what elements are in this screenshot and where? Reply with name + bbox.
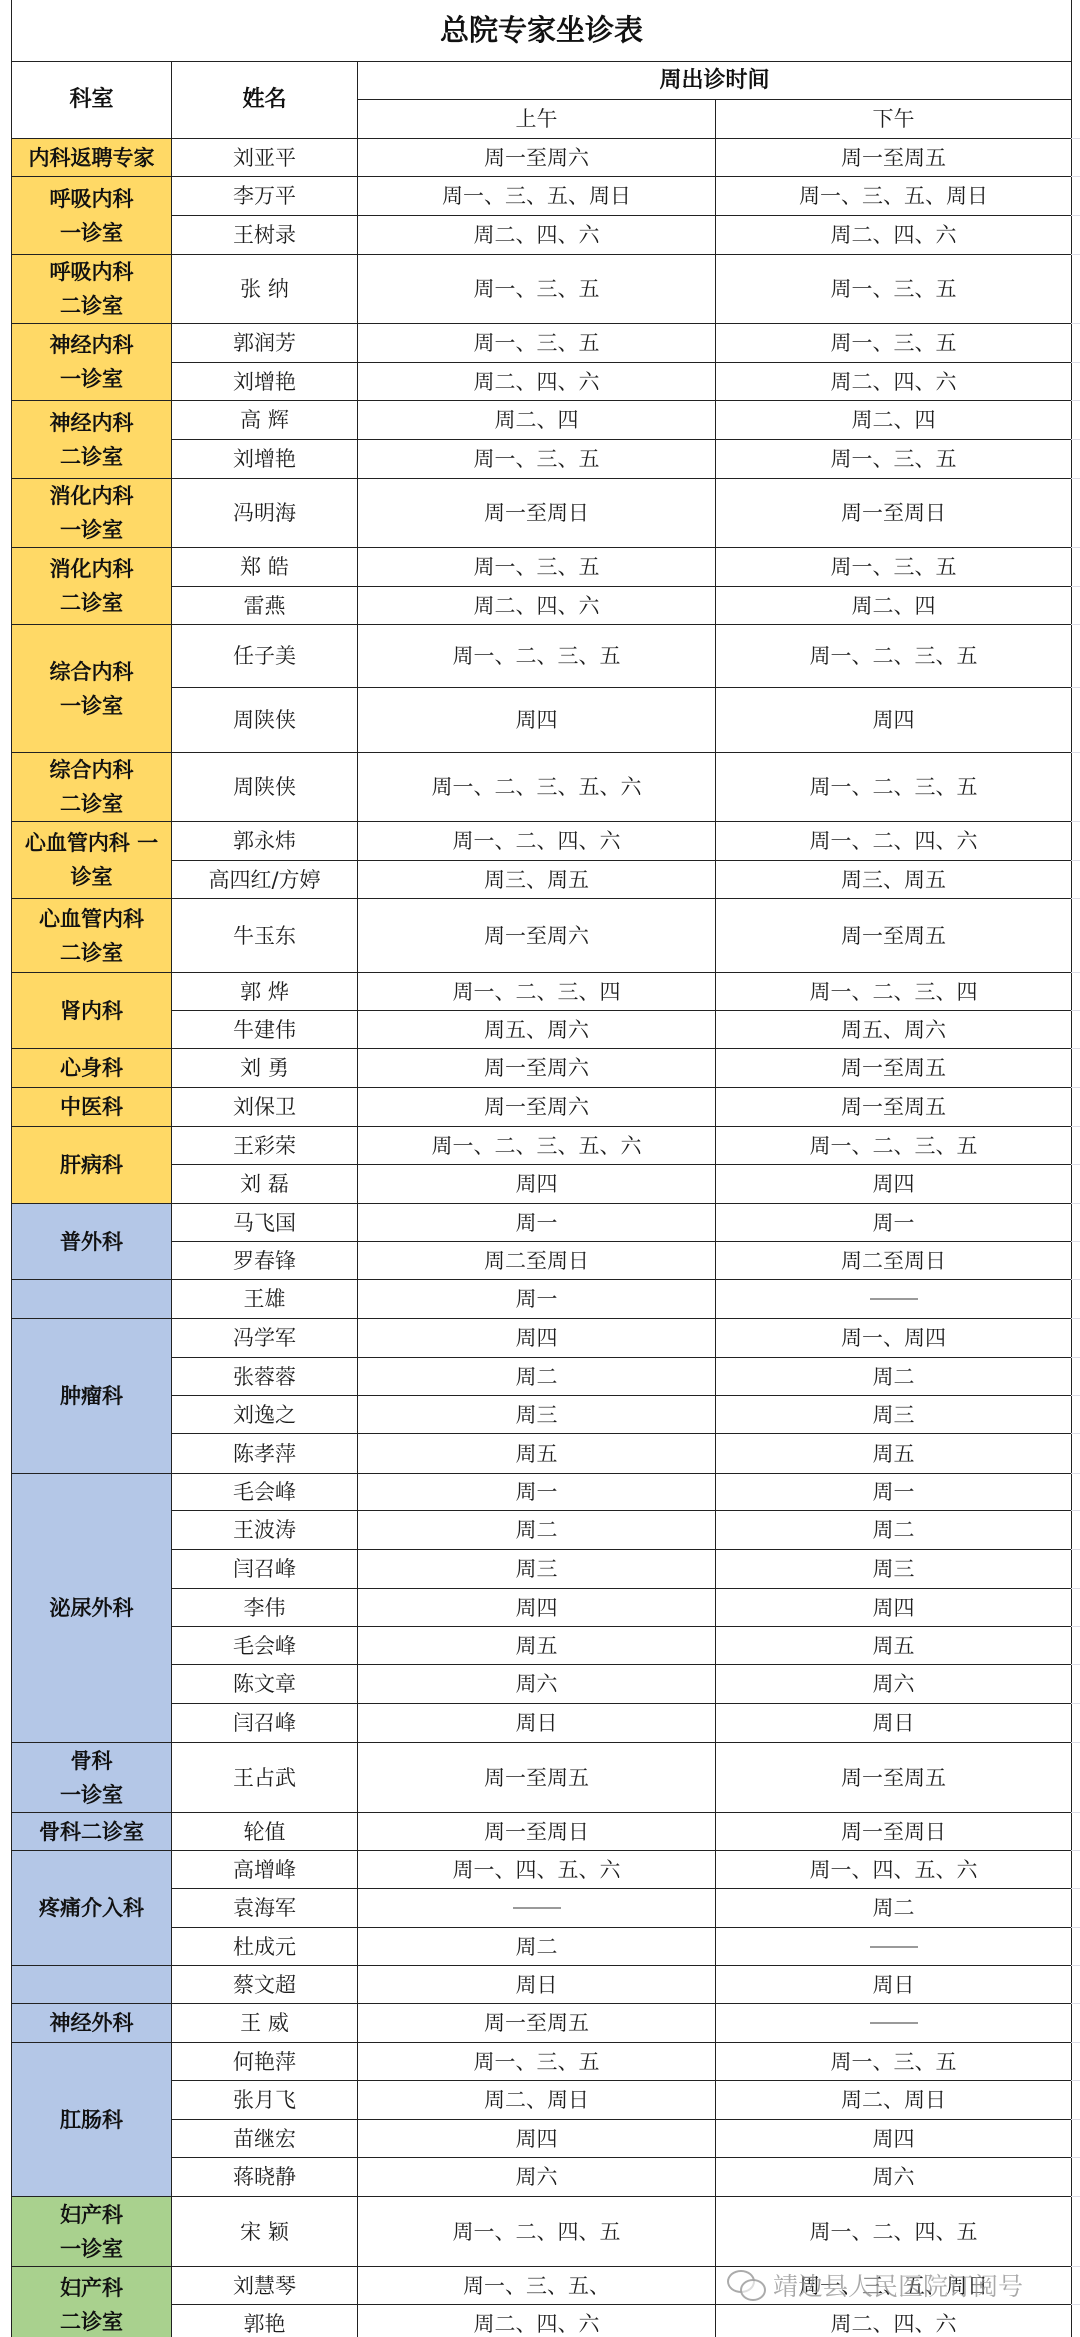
morning-schedule: 周二、四 — [357, 400, 716, 440]
afternoon-schedule: 周二 — [715, 1357, 1072, 1396]
grid-edge-line — [1071, 176, 1080, 177]
grid-edge-line — [1071, 1164, 1080, 1165]
morning-schedule: 周四 — [357, 687, 716, 753]
department-cell: 神经外科 — [11, 2003, 172, 2043]
afternoon-schedule: 周一至周日 — [715, 478, 1072, 548]
morning-schedule: 周四 — [357, 1588, 716, 1627]
morning-schedule: 周二、周日 — [357, 2080, 716, 2120]
department-cell — [11, 1279, 172, 1319]
no-clinic-dash — [870, 2022, 918, 2024]
afternoon-schedule: 周一至周五 — [715, 1087, 1072, 1127]
schedule-table: 总院专家坐诊表 科室 姓名 周出诊时间 上午 下午 内科返聘专家呼吸内科 一诊室… — [0, 0, 1080, 2337]
grid-edge-line — [1071, 1927, 1080, 1928]
grid-edge-line — [1071, 1241, 1080, 1242]
doctor-name: 陈孝萍 — [171, 1433, 358, 1474]
grid-edge-line — [1071, 138, 1080, 139]
afternoon-schedule: 周一、周四 — [715, 1318, 1072, 1358]
afternoon-schedule: 周一、四、五、六 — [715, 1850, 1072, 1889]
morning-schedule: 周二至周日 — [357, 1241, 716, 1280]
afternoon-schedule: 周四 — [715, 687, 1072, 753]
morning-schedule: 周四 — [357, 1164, 716, 1204]
department-cell: 泌尿外科 — [11, 1473, 172, 1743]
grid-edge-line — [1071, 2119, 1080, 2120]
grid-edge-line — [1071, 1433, 1080, 1434]
grid-edge-line — [1071, 1087, 1080, 1088]
grid-edge-line — [1071, 215, 1080, 216]
afternoon-schedule: 周一、二、三、五 — [715, 1126, 1072, 1165]
department-cell: 神经内科 一诊室 — [11, 323, 172, 401]
header-name: 姓名 — [171, 61, 358, 139]
morning-schedule: 周五 — [357, 1626, 716, 1665]
department-cell: 呼吸内科 二诊室 — [11, 254, 172, 324]
afternoon-schedule: 周五 — [715, 1433, 1072, 1474]
morning-schedule: 周一、三、五 — [357, 2042, 716, 2081]
doctor-name: 毛会峰 — [171, 1473, 358, 1511]
department-cell: 消化内科 二诊室 — [11, 547, 172, 625]
doctor-name: 王树录 — [171, 215, 358, 255]
grid-edge-line — [1071, 624, 1080, 625]
morning-schedule: 周二、四、六 — [357, 2304, 716, 2337]
afternoon-schedule: 周一、二、四、六 — [715, 821, 1072, 861]
morning-schedule: 周一、二、四、六 — [357, 821, 716, 861]
grid-edge-line — [1071, 860, 1080, 861]
grid-edge-line — [1071, 1888, 1080, 1889]
morning-schedule: 周一 — [357, 1279, 716, 1319]
morning-schedule: 周一、三、五 — [357, 323, 716, 363]
morning-schedule: 周一 — [357, 1203, 716, 1242]
grid-edge-line — [1071, 2080, 1080, 2081]
department-cell: 肛肠科 — [11, 2042, 172, 2197]
department-cell: 肝病科 — [11, 1126, 172, 1204]
afternoon-schedule: 周一、三、五、周日 — [715, 176, 1072, 216]
header-morning: 上午 — [357, 99, 716, 139]
doctor-name: 周陕侠 — [171, 752, 358, 822]
morning-schedule: 周一、二、三、四 — [357, 972, 716, 1011]
morning-schedule: 周二、四、六 — [357, 362, 716, 401]
morning-schedule: 周五、周六 — [357, 1010, 716, 1049]
doctor-name: 张 纳 — [171, 254, 358, 324]
doctor-name: 周陕侠 — [171, 687, 358, 753]
grid-edge-line — [1071, 2266, 1080, 2267]
grid-edge-line — [1071, 1203, 1080, 1204]
grid-edge-line — [1071, 439, 1080, 440]
afternoon-schedule: 周一、三、五 — [715, 254, 1072, 324]
morning-schedule: 周六 — [357, 1664, 716, 1704]
department-cell: 心血管内科 一 诊室 — [11, 821, 172, 899]
grid-edge-line — [1071, 1965, 1080, 1966]
grid-edge-line — [1071, 752, 1080, 753]
doctor-name: 罗春锋 — [171, 1241, 358, 1280]
grid-edge-line — [1071, 1549, 1080, 1550]
afternoon-schedule — [715, 1927, 1072, 1966]
morning-schedule: 周一、二、三、五、六 — [357, 752, 716, 822]
grid-edge-line — [1071, 972, 1080, 973]
morning-schedule: 周一、三、五、 — [357, 2266, 716, 2305]
header-department: 科室 — [11, 61, 172, 139]
doctor-name: 冯学军 — [171, 1318, 358, 1358]
no-clinic-dash — [513, 1907, 561, 1909]
morning-schedule: 周日 — [357, 1965, 716, 2004]
morning-schedule: 周四 — [357, 1318, 716, 1358]
department-cell: 肾内科 — [11, 972, 172, 1049]
doctor-name: 牛建伟 — [171, 1010, 358, 1049]
afternoon-schedule: 周二 — [715, 1510, 1072, 1550]
doctor-name: 高增峰 — [171, 1850, 358, 1889]
morning-schedule: 周三 — [357, 1549, 716, 1589]
grid-edge-line — [1071, 362, 1080, 363]
doctor-name: 张蓉蓉 — [171, 1357, 358, 1396]
doctor-name: 雷燕 — [171, 586, 358, 625]
morning-schedule: 周一、三、五 — [357, 547, 716, 587]
doctor-name: 李伟 — [171, 1588, 358, 1627]
header-weekly-schedule: 周出诊时间 — [357, 61, 1072, 100]
morning-schedule: 周一至周六 — [357, 1087, 716, 1127]
department-cell: 疼痛介入科 — [11, 1850, 172, 1966]
doctor-name: 郭艳 — [171, 2304, 358, 2337]
doctor-name: 郭 烨 — [171, 972, 358, 1011]
afternoon-schedule: 周一 — [715, 1473, 1072, 1511]
morning-schedule: 周三、周五 — [357, 860, 716, 899]
afternoon-schedule: 周四 — [715, 1588, 1072, 1627]
department-cell: 内科返聘专家 — [11, 138, 172, 177]
afternoon-schedule: 周四 — [715, 2119, 1072, 2158]
department-cell: 综合内科 一诊室 — [11, 624, 172, 753]
grid-edge-line — [1071, 821, 1080, 822]
doctor-name: 马飞国 — [171, 1203, 358, 1242]
department-cell — [11, 1965, 172, 2004]
morning-schedule: 周一至周六 — [357, 138, 716, 177]
afternoon-schedule: 周一、二、三、五 — [715, 624, 1072, 688]
doctor-name: 闫召峰 — [171, 1549, 358, 1589]
afternoon-schedule: 周五、周六 — [715, 1010, 1072, 1049]
morning-schedule: 周一、三、五、周日 — [357, 176, 716, 216]
grid-edge-line — [1071, 1626, 1080, 1627]
afternoon-schedule: 周一 — [715, 1203, 1072, 1242]
afternoon-schedule: 周三 — [715, 1395, 1072, 1434]
doctor-name: 王彩荣 — [171, 1126, 358, 1165]
morning-schedule: 周六 — [357, 2157, 716, 2197]
morning-schedule: 周三 — [357, 1395, 716, 1434]
grid-edge-line — [1071, 547, 1080, 548]
morning-schedule — [357, 1888, 716, 1928]
morning-schedule: 周二 — [357, 1510, 716, 1550]
grid-edge-line — [1071, 1510, 1080, 1511]
grid-edge-line — [1071, 1664, 1080, 1665]
morning-schedule: 周二 — [357, 1357, 716, 1396]
afternoon-schedule: 周一至周日 — [715, 1812, 1072, 1851]
grid-edge-line — [1071, 1473, 1080, 1474]
afternoon-schedule: 周日 — [715, 1703, 1072, 1743]
afternoon-schedule: 周日 — [715, 1965, 1072, 2004]
doctor-name: 刘慧琴 — [171, 2266, 358, 2305]
afternoon-schedule: 周二、四、六 — [715, 215, 1072, 255]
morning-schedule: 周一至周五 — [357, 2003, 716, 2043]
header-afternoon: 下午 — [715, 99, 1072, 139]
grid-edge-line — [1071, 1048, 1080, 1049]
doctor-name: 轮值 — [171, 1812, 358, 1851]
grid-edge-line — [1071, 400, 1080, 401]
afternoon-schedule: 周一、二、四、五 — [715, 2196, 1072, 2267]
department-cell: 肿瘤科 — [11, 1318, 172, 1474]
department-cell: 骨科二诊室 — [11, 1812, 172, 1851]
department-cell: 神经内科 二诊室 — [11, 400, 172, 479]
doctor-name: 袁海军 — [171, 1888, 358, 1928]
doctor-name: 刘增艳 — [171, 362, 358, 401]
doctor-name: 高四红/方婷 — [171, 860, 358, 899]
department-cell: 心身科 — [11, 1048, 172, 1088]
afternoon-schedule: 周二、周日 — [715, 2080, 1072, 2120]
department-cell: 中医科 — [11, 1087, 172, 1127]
table-title: 总院专家坐诊表 — [11, 0, 1072, 62]
afternoon-schedule: 周一至周五 — [715, 138, 1072, 177]
grid-edge-line — [1071, 1126, 1080, 1127]
doctor-name: 刘保卫 — [171, 1087, 358, 1127]
department-cell: 心血管内科 二诊室 — [11, 898, 172, 973]
afternoon-schedule: 周三 — [715, 1549, 1072, 1589]
morning-schedule: 周一至周六 — [357, 898, 716, 973]
doctor-name: 郭永炜 — [171, 821, 358, 861]
afternoon-schedule: 周二 — [715, 1888, 1072, 1928]
department-cell: 消化内科 一诊室 — [11, 478, 172, 548]
morning-schedule: 周日 — [357, 1703, 716, 1743]
grid-edge-line — [1071, 1010, 1080, 1011]
grid-edge-line — [1071, 323, 1080, 324]
doctor-name: 冯明海 — [171, 478, 358, 548]
grid-edge-line — [1071, 478, 1080, 479]
doctor-name: 陈文章 — [171, 1664, 358, 1704]
morning-schedule: 周一、二、三、五 — [357, 624, 716, 688]
afternoon-schedule: 周六 — [715, 2157, 1072, 2197]
doctor-name: 刘逸之 — [171, 1395, 358, 1434]
department-cell: 综合内科 二诊室 — [11, 752, 172, 822]
grid-edge-line — [1071, 2304, 1080, 2305]
morning-schedule: 周二 — [357, 1927, 716, 1966]
doctor-name: 牛玉东 — [171, 898, 358, 973]
afternoon-schedule: 周二至周日 — [715, 1241, 1072, 1280]
afternoon-schedule: 周五 — [715, 1626, 1072, 1665]
afternoon-schedule: 周一至周五 — [715, 1742, 1072, 1813]
grid-edge-line — [1071, 898, 1080, 899]
afternoon-schedule: 周三、周五 — [715, 860, 1072, 899]
grid-edge-line — [1071, 586, 1080, 587]
morning-schedule: 周一至周日 — [357, 1812, 716, 1851]
grid-edge-line — [1071, 2042, 1080, 2043]
department-cell: 妇产科 二诊室 — [11, 2266, 172, 2337]
afternoon-schedule: 周二、四、六 — [715, 2304, 1072, 2337]
doctor-name: 刘 勇 — [171, 1048, 358, 1088]
grid-edge-line — [1071, 2157, 1080, 2158]
doctor-name: 王占武 — [171, 1742, 358, 1813]
grid-edge-line — [1071, 1279, 1080, 1280]
afternoon-schedule: 周一、三、五 — [715, 323, 1072, 363]
doctor-name: 杜成元 — [171, 1927, 358, 1966]
department-cell: 骨科 一诊室 — [11, 1742, 172, 1813]
morning-schedule: 周二、四、六 — [357, 215, 716, 255]
doctor-name: 蔡文超 — [171, 1965, 358, 2004]
doctor-name: 蒋晓静 — [171, 2157, 358, 2197]
afternoon-schedule: 周六 — [715, 1664, 1072, 1704]
morning-schedule: 周一、二、四、五 — [357, 2196, 716, 2267]
doctor-name: 刘亚平 — [171, 138, 358, 177]
afternoon-schedule: 周一、三、五 — [715, 439, 1072, 479]
doctor-name: 闫召峰 — [171, 1703, 358, 1743]
grid-edge-line — [1071, 1703, 1080, 1704]
afternoon-schedule: 周一、三、五 — [715, 547, 1072, 587]
afternoon-schedule: 周一、二、三、四 — [715, 972, 1072, 1011]
doctor-name: 刘增艳 — [171, 439, 358, 479]
grid-edge-line — [1071, 687, 1080, 688]
afternoon-schedule — [715, 2003, 1072, 2043]
morning-schedule: 周一、三、五 — [357, 254, 716, 324]
grid-edge-line — [1071, 1812, 1080, 1813]
afternoon-schedule — [715, 1279, 1072, 1319]
grid-edge-line — [1071, 1742, 1080, 1743]
grid-edge-line — [1071, 1395, 1080, 1396]
afternoon-schedule: 周一、二、三、五 — [715, 752, 1072, 822]
grid-edge-line — [1071, 1357, 1080, 1358]
grid-edge-line — [1071, 1850, 1080, 1851]
doctor-name: 张月飞 — [171, 2080, 358, 2120]
afternoon-schedule: 周二、四 — [715, 400, 1072, 440]
doctor-name: 王雄 — [171, 1279, 358, 1319]
grid-edge-line — [1071, 2003, 1080, 2004]
department-cell: 普外科 — [11, 1203, 172, 1280]
afternoon-schedule: 周二、四、六 — [715, 362, 1072, 401]
morning-schedule: 周二、四、六 — [357, 586, 716, 625]
doctor-name: 李万平 — [171, 176, 358, 216]
doctor-name: 宋 颖 — [171, 2196, 358, 2267]
doctor-name: 王波涛 — [171, 1510, 358, 1550]
afternoon-schedule: 周一至周五 — [715, 1048, 1072, 1088]
doctor-name: 郑 皓 — [171, 547, 358, 587]
morning-schedule: 周一至周日 — [357, 478, 716, 548]
doctor-name: 郭润芳 — [171, 323, 358, 363]
department-cell: 呼吸内科 一诊室 — [11, 176, 172, 255]
grid-edge-line — [1071, 1588, 1080, 1589]
grid-edge-line — [1071, 1318, 1080, 1319]
morning-schedule: 周一、四、五、六 — [357, 1850, 716, 1889]
doctor-name: 毛会峰 — [171, 1626, 358, 1665]
doctor-name: 何艳萍 — [171, 2042, 358, 2081]
doctor-name: 任子美 — [171, 624, 358, 688]
doctor-name: 王 威 — [171, 2003, 358, 2043]
grid-edge-line — [1071, 254, 1080, 255]
no-clinic-dash — [870, 1298, 918, 1300]
morning-schedule: 周一、三、五 — [357, 439, 716, 479]
afternoon-schedule: 周二、四 — [715, 586, 1072, 625]
no-clinic-dash — [870, 1946, 918, 1948]
department-cell: 妇产科 一诊室 — [11, 2196, 172, 2267]
afternoon-schedule: 周一、三、五、周日 — [715, 2266, 1072, 2305]
morning-schedule: 周五 — [357, 1433, 716, 1474]
doctor-name: 高 辉 — [171, 400, 358, 440]
morning-schedule: 周一、二、三、五、六 — [357, 1126, 716, 1165]
morning-schedule: 周一至周五 — [357, 1742, 716, 1813]
morning-schedule: 周四 — [357, 2119, 716, 2158]
grid-edge-line — [1071, 2196, 1080, 2197]
morning-schedule: 周一 — [357, 1473, 716, 1511]
doctor-name: 刘 磊 — [171, 1164, 358, 1204]
afternoon-schedule: 周四 — [715, 1164, 1072, 1204]
afternoon-schedule: 周一至周五 — [715, 898, 1072, 973]
doctor-name: 苗继宏 — [171, 2119, 358, 2158]
afternoon-schedule: 周一、三、五 — [715, 2042, 1072, 2081]
morning-schedule: 周一至周六 — [357, 1048, 716, 1088]
